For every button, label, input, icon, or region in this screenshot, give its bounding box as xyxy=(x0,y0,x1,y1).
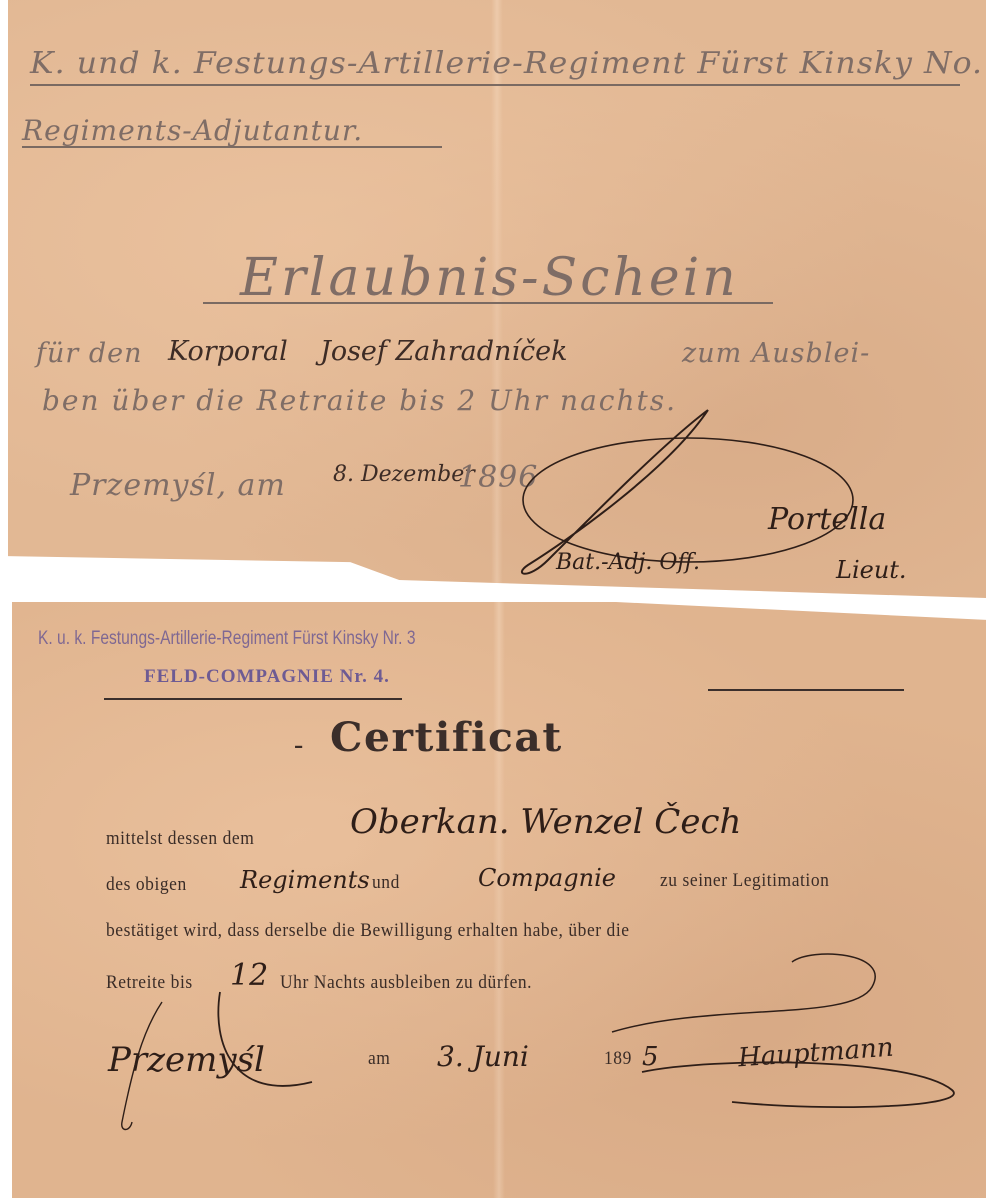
permission-slip-document: K. und k. Festungs-Artillerie-Regiment F… xyxy=(8,0,986,598)
certificate-document: K. u. k. Festungs-Artillerie-Regiment Fü… xyxy=(12,602,986,1198)
signature-name: Portella xyxy=(768,502,886,537)
signature-role: Bat.-Adj. Off. xyxy=(556,550,700,575)
signature-rank: Lieut. xyxy=(836,556,907,584)
commander-signature-flourish xyxy=(12,602,986,1198)
